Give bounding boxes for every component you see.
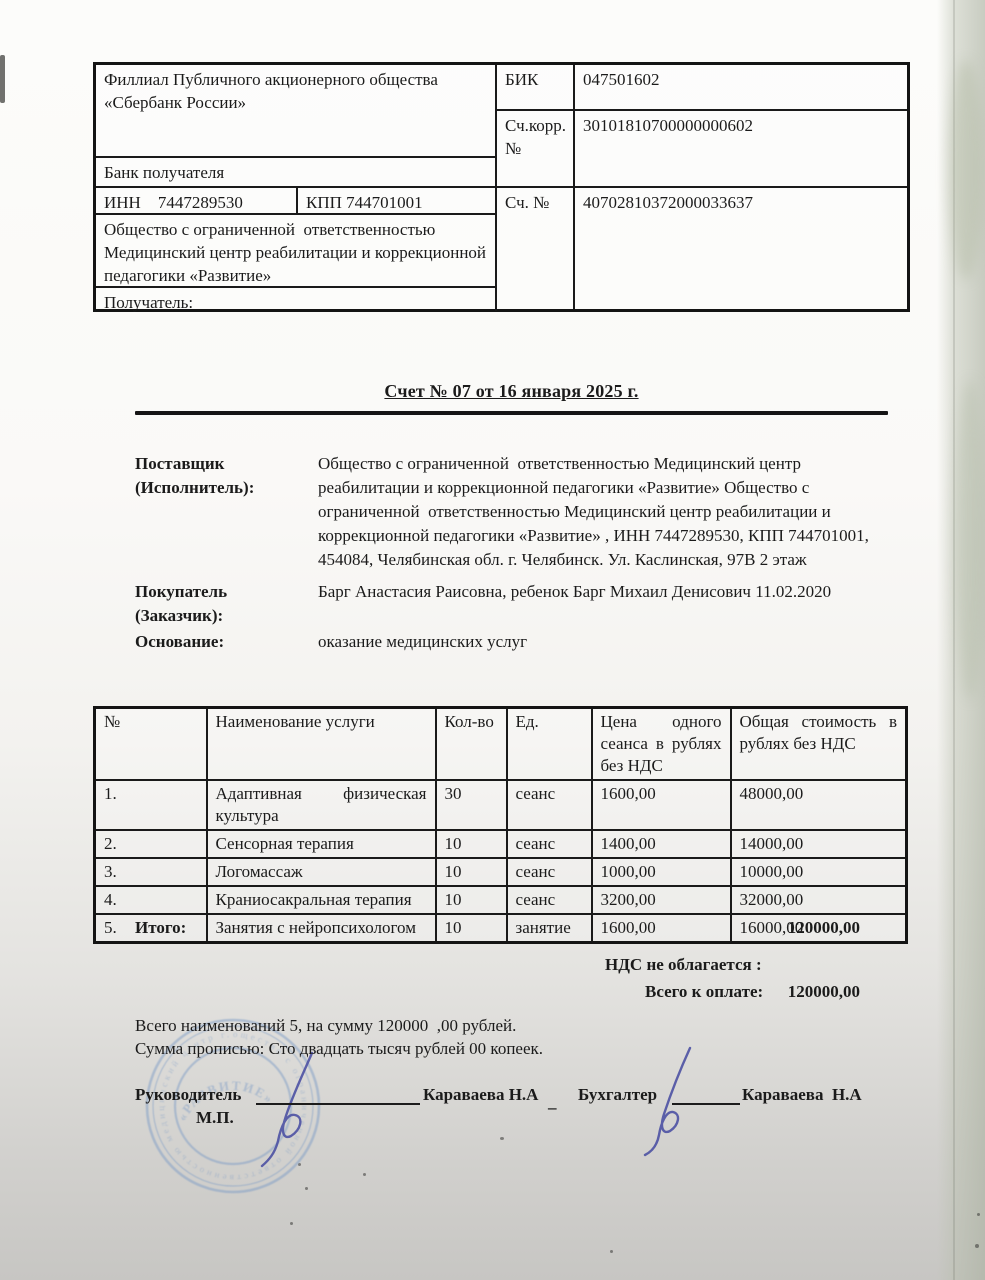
kpp-cell: КПП 744701001	[298, 188, 497, 215]
corr-value-cell: 30101810700000000602	[575, 111, 907, 188]
invoice-title: Счет № 07 от 16 января 2025 г.	[384, 381, 638, 401]
row-name: Сенсорная терапия	[207, 830, 436, 858]
scanned-invoice-page: { "bank": { "name": "Филлиал Публичного …	[0, 0, 985, 1280]
corr-account-label: Сч.корр. №	[505, 116, 566, 158]
row-total: 14000,00	[731, 830, 907, 858]
vat-note: НДС не облагается :	[605, 953, 762, 977]
row-unit: занятие	[507, 914, 592, 943]
row-total: 48000,00	[731, 780, 907, 830]
row-price: 1400,00	[592, 830, 731, 858]
amount-in-words-line: Сумма прописью: Сто двадцать тысяч рубле…	[135, 1037, 835, 1061]
accountant-name: Караваева Н.А	[742, 1083, 862, 1107]
header-total: Общая стоимость в рублях без НДС	[731, 708, 907, 781]
basis-value: оказание медицинских услуг	[318, 630, 896, 654]
payable-value: 120000,00	[660, 980, 860, 1004]
trailing-underscore: _	[548, 1090, 557, 1114]
scan-blotch	[949, 60, 983, 280]
inn-cell: ИНН 7447289530	[96, 188, 298, 215]
bik-label: БИК	[505, 70, 538, 89]
supplier-value: Общество с ограниченной ответственностью…	[318, 452, 896, 572]
row-name: Занятия с нейропсихологом	[207, 914, 436, 943]
dust-speck	[977, 1213, 980, 1216]
buyer-value: Барг Анастасия Раисовна, ребенок Барг Ми…	[318, 580, 896, 604]
services-table: № Наименование услуги Кол-во Ед. Цена од…	[93, 706, 908, 944]
payee-caption-cell: Получатель:	[96, 288, 497, 311]
row-name: Логомассаж	[207, 858, 436, 886]
row-unit: сеанс	[507, 858, 592, 886]
corr-account-value: 30101810700000000602	[583, 116, 753, 135]
acc-label-cell: Сч. №	[497, 188, 575, 309]
row-unit: сеанс	[507, 886, 592, 914]
dust-speck	[975, 1244, 979, 1248]
corr-label-cell: Сч.корр. №	[497, 111, 575, 188]
row-num: 3.	[95, 858, 207, 886]
service-row: 3. Логомассаж 10 сеанс 1000,00 10000,00	[95, 858, 907, 886]
payee-org-cell: Общество с ограниченной ответственностью…	[96, 215, 497, 288]
header-unit: Ед.	[507, 708, 592, 781]
row-total: 32000,00	[731, 886, 907, 914]
service-row: 2. Сенсорная терапия 10 сеанс 1400,00 14…	[95, 830, 907, 858]
row-qty: 10	[436, 830, 507, 858]
supplier-label: Поставщик (Исполнитель):	[135, 452, 285, 500]
invoice-title-wrap: Счет № 07 от 16 января 2025 г.	[135, 381, 888, 402]
account-label: Сч. №	[505, 193, 549, 212]
row-name: Адаптивная физическая культура	[207, 780, 436, 830]
row-name: Краниосакральная терапия	[207, 886, 436, 914]
row-num: 2.	[95, 830, 207, 858]
dust-speck	[305, 1187, 308, 1190]
dust-speck	[363, 1173, 366, 1176]
payee-org: Общество с ограниченной ответственностью…	[104, 220, 490, 285]
dust-speck	[290, 1222, 293, 1225]
row-unit: сеанс	[507, 780, 592, 830]
row-unit: сеанс	[507, 830, 592, 858]
bank-requisites-table: Филлиал Публичного акционерного общества…	[93, 62, 910, 312]
row-qty: 10	[436, 858, 507, 886]
acc-value-cell: 40702810372000033637	[575, 188, 907, 309]
row-price: 1000,00	[592, 858, 731, 886]
stamp-place-caption: М.П.	[196, 1106, 234, 1130]
bik-value-cell: 047501602	[575, 65, 907, 111]
director-name: Караваева Н.А	[423, 1083, 538, 1107]
row-qty: 30	[436, 780, 507, 830]
services-header-row: № Наименование услуги Кол-во Ед. Цена од…	[95, 708, 907, 781]
accountant-signature-line	[672, 1103, 740, 1105]
row-qty: 10	[436, 886, 507, 914]
dust-speck	[500, 1137, 504, 1140]
bank-name: Филлиал Публичного акционерного общества…	[104, 70, 438, 112]
scan-artifact	[0, 55, 5, 103]
account-value: 40702810372000033637	[583, 193, 753, 212]
dust-speck	[610, 1250, 613, 1253]
bank-name-cell: Филлиал Публичного акционерного общества…	[96, 65, 497, 158]
director-label: Руководитель	[135, 1083, 241, 1107]
buyer-label: Покупатель (Заказчик):	[135, 580, 275, 628]
row-price: 1600,00	[592, 780, 731, 830]
header-name: Наименование услуги	[207, 708, 436, 781]
row-num: 4.	[95, 886, 207, 914]
accountant-label: Бухгалтер	[578, 1083, 657, 1107]
row-num: 1.	[95, 780, 207, 830]
director-signature	[262, 1053, 312, 1166]
row-total: 10000,00	[731, 858, 907, 886]
bik-label-cell: БИК	[497, 65, 575, 111]
scan-blotch	[955, 380, 985, 700]
header-num: №	[95, 708, 207, 781]
payee-caption: Получатель:	[104, 293, 193, 312]
service-row: 1. Адаптивная физическая культура 30 сеа…	[95, 780, 907, 830]
subtotal-value: 120000,00	[660, 916, 860, 940]
bik-value: 047501602	[583, 70, 660, 89]
horizontal-rule	[135, 411, 888, 415]
subtotal-label: Итого:	[135, 916, 186, 940]
service-row: 4. Краниосакральная терапия 10 сеанс 320…	[95, 886, 907, 914]
inn-value: ИНН 7447289530	[104, 193, 243, 212]
dust-speck	[298, 1163, 301, 1166]
row-price: 3200,00	[592, 886, 731, 914]
header-qty: Кол-во	[436, 708, 507, 781]
director-signature-line	[256, 1103, 420, 1105]
kpp-value: КПП 744701001	[306, 193, 423, 212]
items-count-line: Всего наименований 5, на сумму 120000 ,0…	[135, 1014, 835, 1038]
header-price: Цена одного сеанса в рублях без НДС	[592, 708, 731, 781]
services-table-wrap: № Наименование услуги Кол-во Ед. Цена од…	[93, 706, 908, 944]
bank-caption-cell: Банк получателя	[96, 158, 497, 188]
basis-label: Основание:	[135, 630, 295, 654]
bank-caption: Банк получателя	[104, 163, 224, 182]
row-qty: 10	[436, 914, 507, 943]
